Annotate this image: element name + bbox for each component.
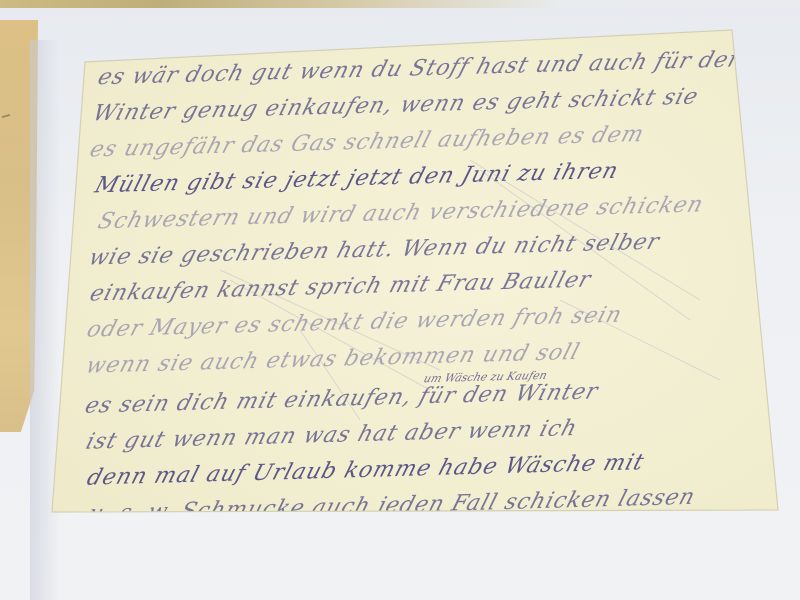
- surface-shadow: [30, 40, 60, 600]
- letter-line: wie sie geschrieben hatt. Wenn du nicht …: [86, 230, 663, 271]
- letter-line: es ungefähr das Gas schnell aufheben es …: [87, 122, 648, 163]
- letter-line: u. s. w. Schmucke auch jeden Fall schick…: [85, 485, 698, 527]
- handwritten-letter: es wär doch gut wenn du Stoff hast und a…: [0, 0, 800, 600]
- letter-line: Winter genug einkaufen, wenn es geht sch…: [90, 84, 702, 126]
- letter-line: es sein dich mit einkaufen, für den Wint…: [82, 379, 601, 419]
- letter-line: denn mal auf Urlaub komme habe Wäsche mi…: [84, 450, 648, 491]
- letter-line: einkaufen kannst sprich mit Frau Bauller: [87, 267, 595, 306]
- letter-text: es wär doch gut wenn du Stoff hast und a…: [70, 40, 800, 520]
- letter-line: Schwestern und wird auch verschiedene sc…: [95, 192, 707, 234]
- letter-line: oder Mayer es schenkt die werden froh se…: [84, 303, 625, 343]
- letter-line: Müllen gibt sie jetzt jetzt den Juni zu …: [92, 159, 622, 199]
- letter-line: ist gut wenn man was hat aber wenn ich: [83, 416, 581, 455]
- tan-paper-mark: [2, 114, 10, 118]
- letter-line: es wär doch gut wenn du Stoff hast und a…: [95, 47, 747, 90]
- background-object-strip: [0, 0, 800, 8]
